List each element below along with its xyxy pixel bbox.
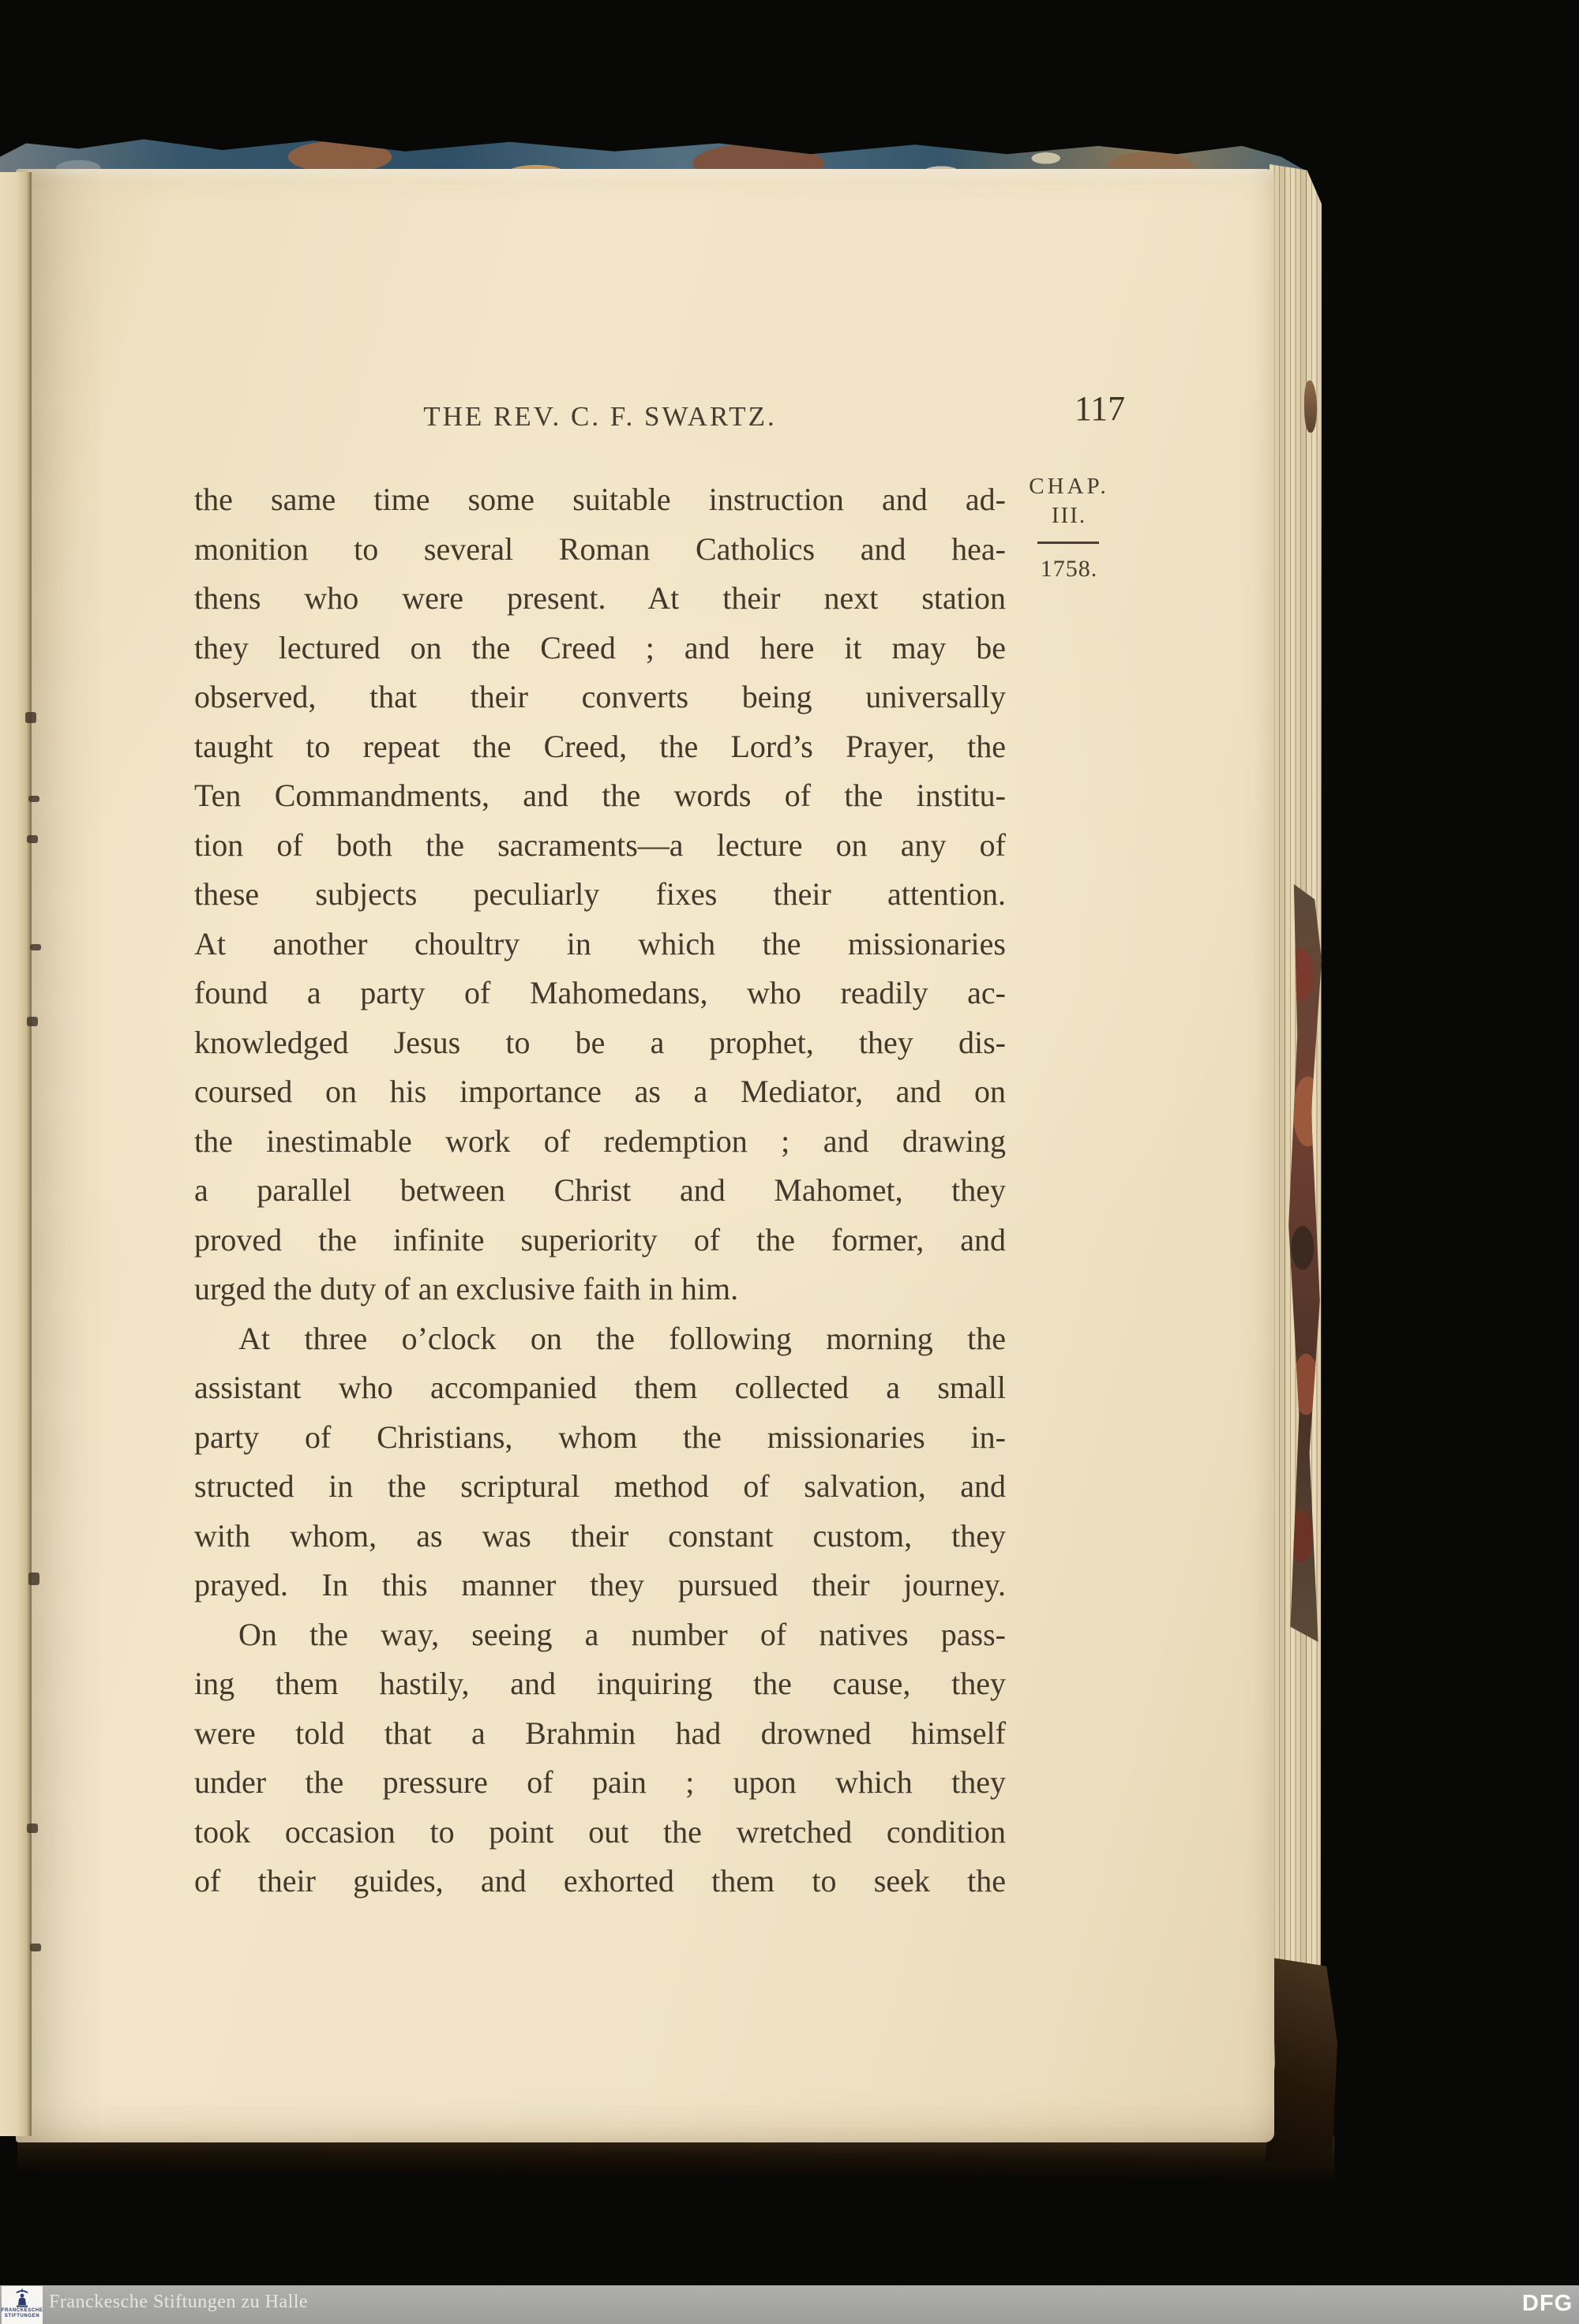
text-line: monition to several Roman Catholics and … bbox=[194, 525, 1006, 575]
text-line: structed in the scriptural method of sal… bbox=[194, 1462, 1006, 1512]
text-line: urged the duty of an exclusive faith in … bbox=[194, 1265, 1006, 1314]
text-line: prayed. In this manner they pursued thei… bbox=[194, 1561, 1006, 1610]
text-line: the inestimable work of redemption ; and… bbox=[194, 1117, 1006, 1167]
binding-stitch bbox=[30, 944, 41, 950]
text-line: party of Christians, whom the missionari… bbox=[194, 1413, 1006, 1463]
text-line: At three o’clock on the following mornin… bbox=[194, 1314, 1006, 1364]
binding-stitch bbox=[27, 1824, 38, 1833]
text-line: At another choultry in which the mission… bbox=[194, 920, 1006, 969]
scanned-book-photo: THE REV. C. F. SWARTZ. 117 CHAP. III. 17… bbox=[0, 0, 1579, 2324]
dfg-logo: DFG bbox=[1522, 2291, 1573, 2317]
text-line: under the pressure of pain ; upon which … bbox=[194, 1758, 1006, 1808]
text-line: knowledged Jesus to be a prophet, they d… bbox=[194, 1018, 1006, 1068]
margin-note-rule bbox=[1037, 542, 1099, 544]
text-line: assistant who accompanied them collected… bbox=[194, 1363, 1006, 1413]
text-line: tion of both the sacraments—a lecture on… bbox=[194, 821, 1006, 871]
text-line: On the way, seeing a number of natives p… bbox=[194, 1610, 1006, 1660]
text-line: found a party of Mahomedans, who readily… bbox=[194, 969, 1006, 1018]
book-cover-corner bbox=[1265, 1958, 1337, 2171]
logo-text-line1: FRANCKESCHE bbox=[2, 2308, 43, 2314]
text-line: took occasion to point out the wretched … bbox=[194, 1808, 1006, 1857]
binding-stitch bbox=[28, 1572, 39, 1585]
text-line: a parallel between Christ and Mahomet, t… bbox=[194, 1166, 1006, 1216]
text-line: with whom, as was their constant custom,… bbox=[194, 1512, 1006, 1561]
text-line: coursed on his importance as a Mediator,… bbox=[194, 1067, 1006, 1117]
binding-stitch bbox=[25, 712, 36, 723]
text-line: these subjects peculiarly fixes their at… bbox=[194, 870, 1006, 920]
text-line: were told that a Brahmin had drowned him… bbox=[194, 1709, 1006, 1759]
running-head: THE REV. C. F. SWARTZ. bbox=[194, 401, 1006, 433]
margin-note-year: 1758. bbox=[1023, 556, 1115, 583]
text-line: observed, that their converts being univ… bbox=[194, 673, 1006, 722]
text-line: the same time some suitable instruction … bbox=[194, 475, 1006, 525]
text-line: proved the infinite superiority of the f… bbox=[194, 1216, 1006, 1265]
text-line: Ten Commandments, and the words of the i… bbox=[194, 771, 1006, 821]
margin-note-chapter-numeral: III. bbox=[1023, 503, 1115, 529]
text-line: taught to repeat the Creed, the Lord’s P… bbox=[194, 722, 1006, 772]
logo-text-line2: STIFTUNGEN bbox=[5, 2314, 39, 2319]
facing-page-edge bbox=[0, 172, 32, 2136]
page-number: 117 bbox=[1056, 388, 1143, 429]
binding-stitch bbox=[30, 1944, 41, 1951]
francke-statue-icon bbox=[13, 2288, 31, 2308]
text-line: they lectured on the Creed ; and here it… bbox=[194, 624, 1006, 673]
institution-name: Franckesche Stiftungen zu Halle bbox=[49, 2292, 308, 2313]
body-text: the same time some suitable instruction … bbox=[194, 475, 1006, 1906]
binding-stitch bbox=[27, 835, 38, 843]
margin-note-chapter: CHAP. bbox=[1023, 474, 1115, 500]
text-line: ing them hastily, and inquiring the caus… bbox=[194, 1659, 1006, 1709]
text-line: thens who were present. At their next st… bbox=[194, 574, 1006, 624]
text-line: of their guides, and exhorted them to se… bbox=[194, 1857, 1006, 1906]
binding-stitch bbox=[27, 1017, 38, 1026]
institution-logo: FRANCKESCHE STIFTUNGEN bbox=[2, 2286, 43, 2324]
binding-stitch bbox=[28, 796, 39, 802]
